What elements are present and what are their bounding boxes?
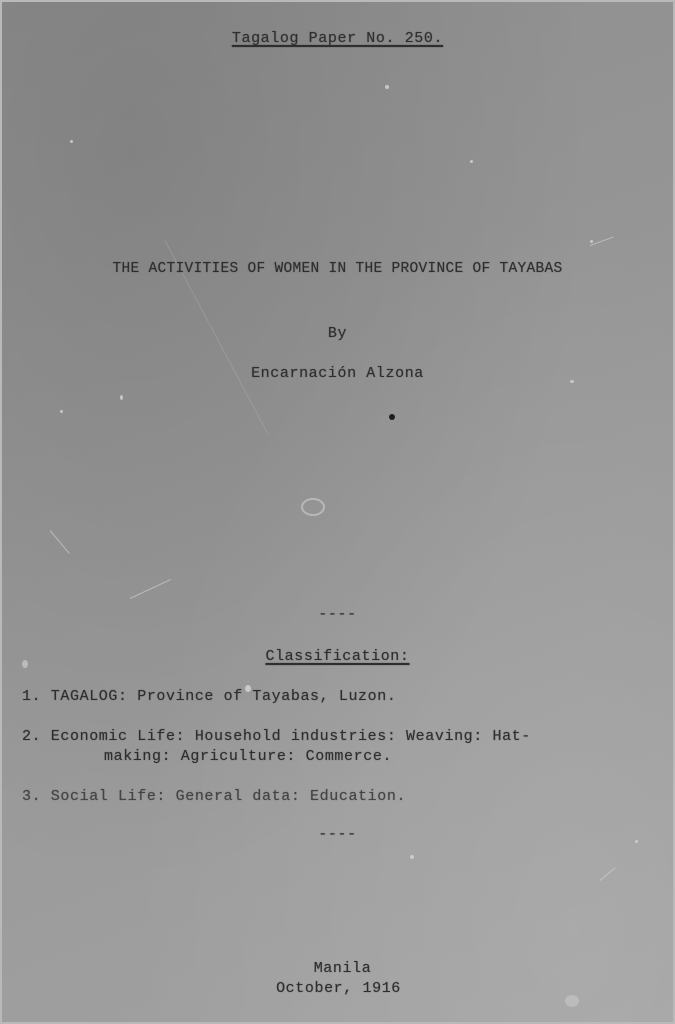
- ink-dot: [389, 414, 395, 420]
- scanned-document-page: Tagalog Paper No. 250. THE ACTIVITIES OF…: [0, 0, 675, 1024]
- paper-number-header: Tagalog Paper No. 250.: [0, 30, 675, 47]
- classification-item-3: 3. Social Life: General data: Education.: [22, 788, 406, 805]
- scan-speck: [70, 140, 73, 143]
- scan-ring-mark: [301, 498, 325, 516]
- scan-scratch: [600, 867, 616, 881]
- document-title: THE ACTIVITIES OF WOMEN IN THE PROVINCE …: [0, 261, 675, 277]
- scan-scratch: [590, 236, 614, 245]
- place: Manila: [0, 960, 675, 977]
- scan-speck: [385, 85, 389, 89]
- classification-item-2: 2. Economic Life: Household industries: …: [22, 728, 531, 745]
- scan-scratch: [50, 530, 70, 554]
- by-label: By: [0, 325, 675, 342]
- separator-bottom: ----: [0, 826, 675, 843]
- scan-speck: [410, 855, 414, 859]
- author-name: Encarnación Alzona: [0, 365, 675, 382]
- separator-top: ----: [0, 606, 675, 623]
- scan-speck: [470, 160, 473, 163]
- date: October, 1916: [0, 980, 675, 997]
- classification-heading: Classification:: [0, 648, 675, 665]
- scan-speck: [60, 410, 63, 413]
- classification-item-2-continued: making: Agriculture: Commerce.: [104, 748, 392, 765]
- scan-scratch: [130, 579, 171, 599]
- classification-item-1: 1. TAGALOG: Province of Tayabas, Luzon.: [22, 688, 396, 705]
- scan-speck: [590, 240, 593, 243]
- scan-speck: [120, 395, 123, 400]
